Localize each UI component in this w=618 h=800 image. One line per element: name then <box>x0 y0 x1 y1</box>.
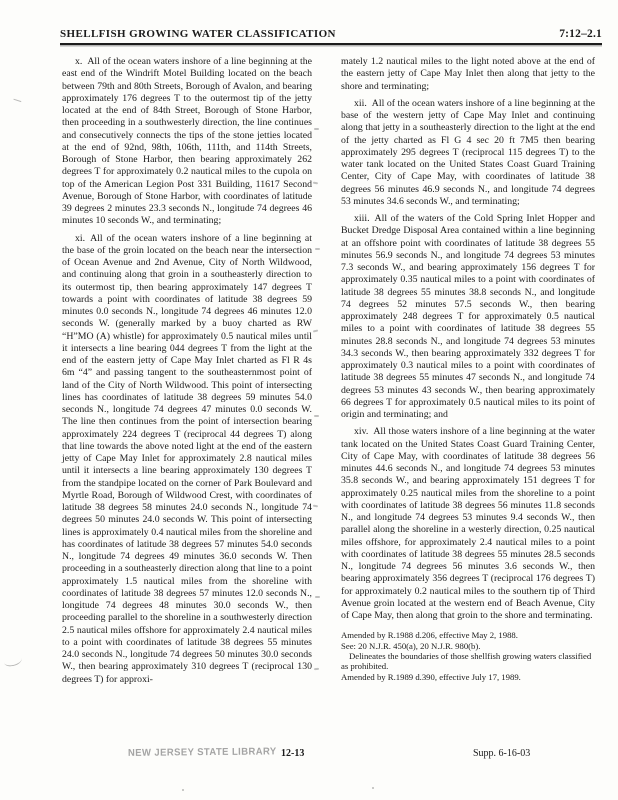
paragraph-x: x.All of the ocean waters inshore of a l… <box>62 56 312 228</box>
text-columns: x.All of the ocean waters inshore of a l… <box>62 56 599 686</box>
scan-artifact <box>3 654 22 667</box>
scan-artifact <box>372 787 374 789</box>
paragraph-text: All of the ocean waters inshore of a lin… <box>62 233 312 685</box>
document-page: SHELLFISH GROWING WATER CLASSIFICATION 7… <box>0 0 618 800</box>
paragraph-xiv: xiv.All those waters inshore of a line b… <box>341 426 595 622</box>
page-header: SHELLFISH GROWING WATER CLASSIFICATION 7… <box>60 28 602 45</box>
paragraph-label: xiii. <box>354 213 370 224</box>
page-number: 12-13 <box>281 748 304 759</box>
history-note: Amended by R.1989 d.390, effective July … <box>341 672 595 682</box>
history-note: Amended by R.1988 d.206, effective May 2… <box>341 630 595 640</box>
right-column: mately 1.2 nautical miles to the light n… <box>341 56 595 686</box>
paragraph-text: All of the ocean waters inshore of a lin… <box>62 56 312 226</box>
paragraph-text: All of the waters of the Cold Spring Inl… <box>341 213 595 420</box>
paragraph-xiii: xiii.All of the waters of the Cold Sprin… <box>341 213 595 421</box>
supplement-date: Supp. 6-16-03 <box>473 748 530 759</box>
paragraph-label: xii. <box>354 98 367 109</box>
left-column: x.All of the ocean waters inshore of a l… <box>62 56 312 686</box>
history-notes: Amended by R.1988 d.206, effective May 2… <box>341 630 595 682</box>
paragraph-label: x. <box>75 56 82 67</box>
scan-artifact <box>13 95 22 102</box>
paragraph-text: All those waters inshore of a line begin… <box>341 426 595 621</box>
paragraph-label: xiv. <box>354 426 368 437</box>
paragraph-label: xi. <box>75 233 85 244</box>
section-number: 7:12–2.1 <box>559 28 602 40</box>
history-note: Delineates the boundaries of those shell… <box>341 651 595 672</box>
library-stamp: NEW JERSEY STATE LIBRARY <box>128 746 277 759</box>
paragraph-text: All of the ocean waters inshore of a lin… <box>341 98 595 207</box>
paragraph-text: mately 1.2 nautical miles to the light n… <box>341 56 595 92</box>
paragraph-xi-continuation: mately 1.2 nautical miles to the light n… <box>341 56 595 93</box>
history-note: See: 20 N.J.R. 450(a), 20 N.J.R. 980(b). <box>341 641 595 651</box>
paragraph-xi: xi.All of the ocean waters inshore of a … <box>62 233 312 686</box>
scan-artifact <box>182 789 184 791</box>
document-title: SHELLFISH GROWING WATER CLASSIFICATION <box>60 28 336 40</box>
paragraph-xii: xii.All of the ocean waters inshore of a… <box>341 98 595 208</box>
